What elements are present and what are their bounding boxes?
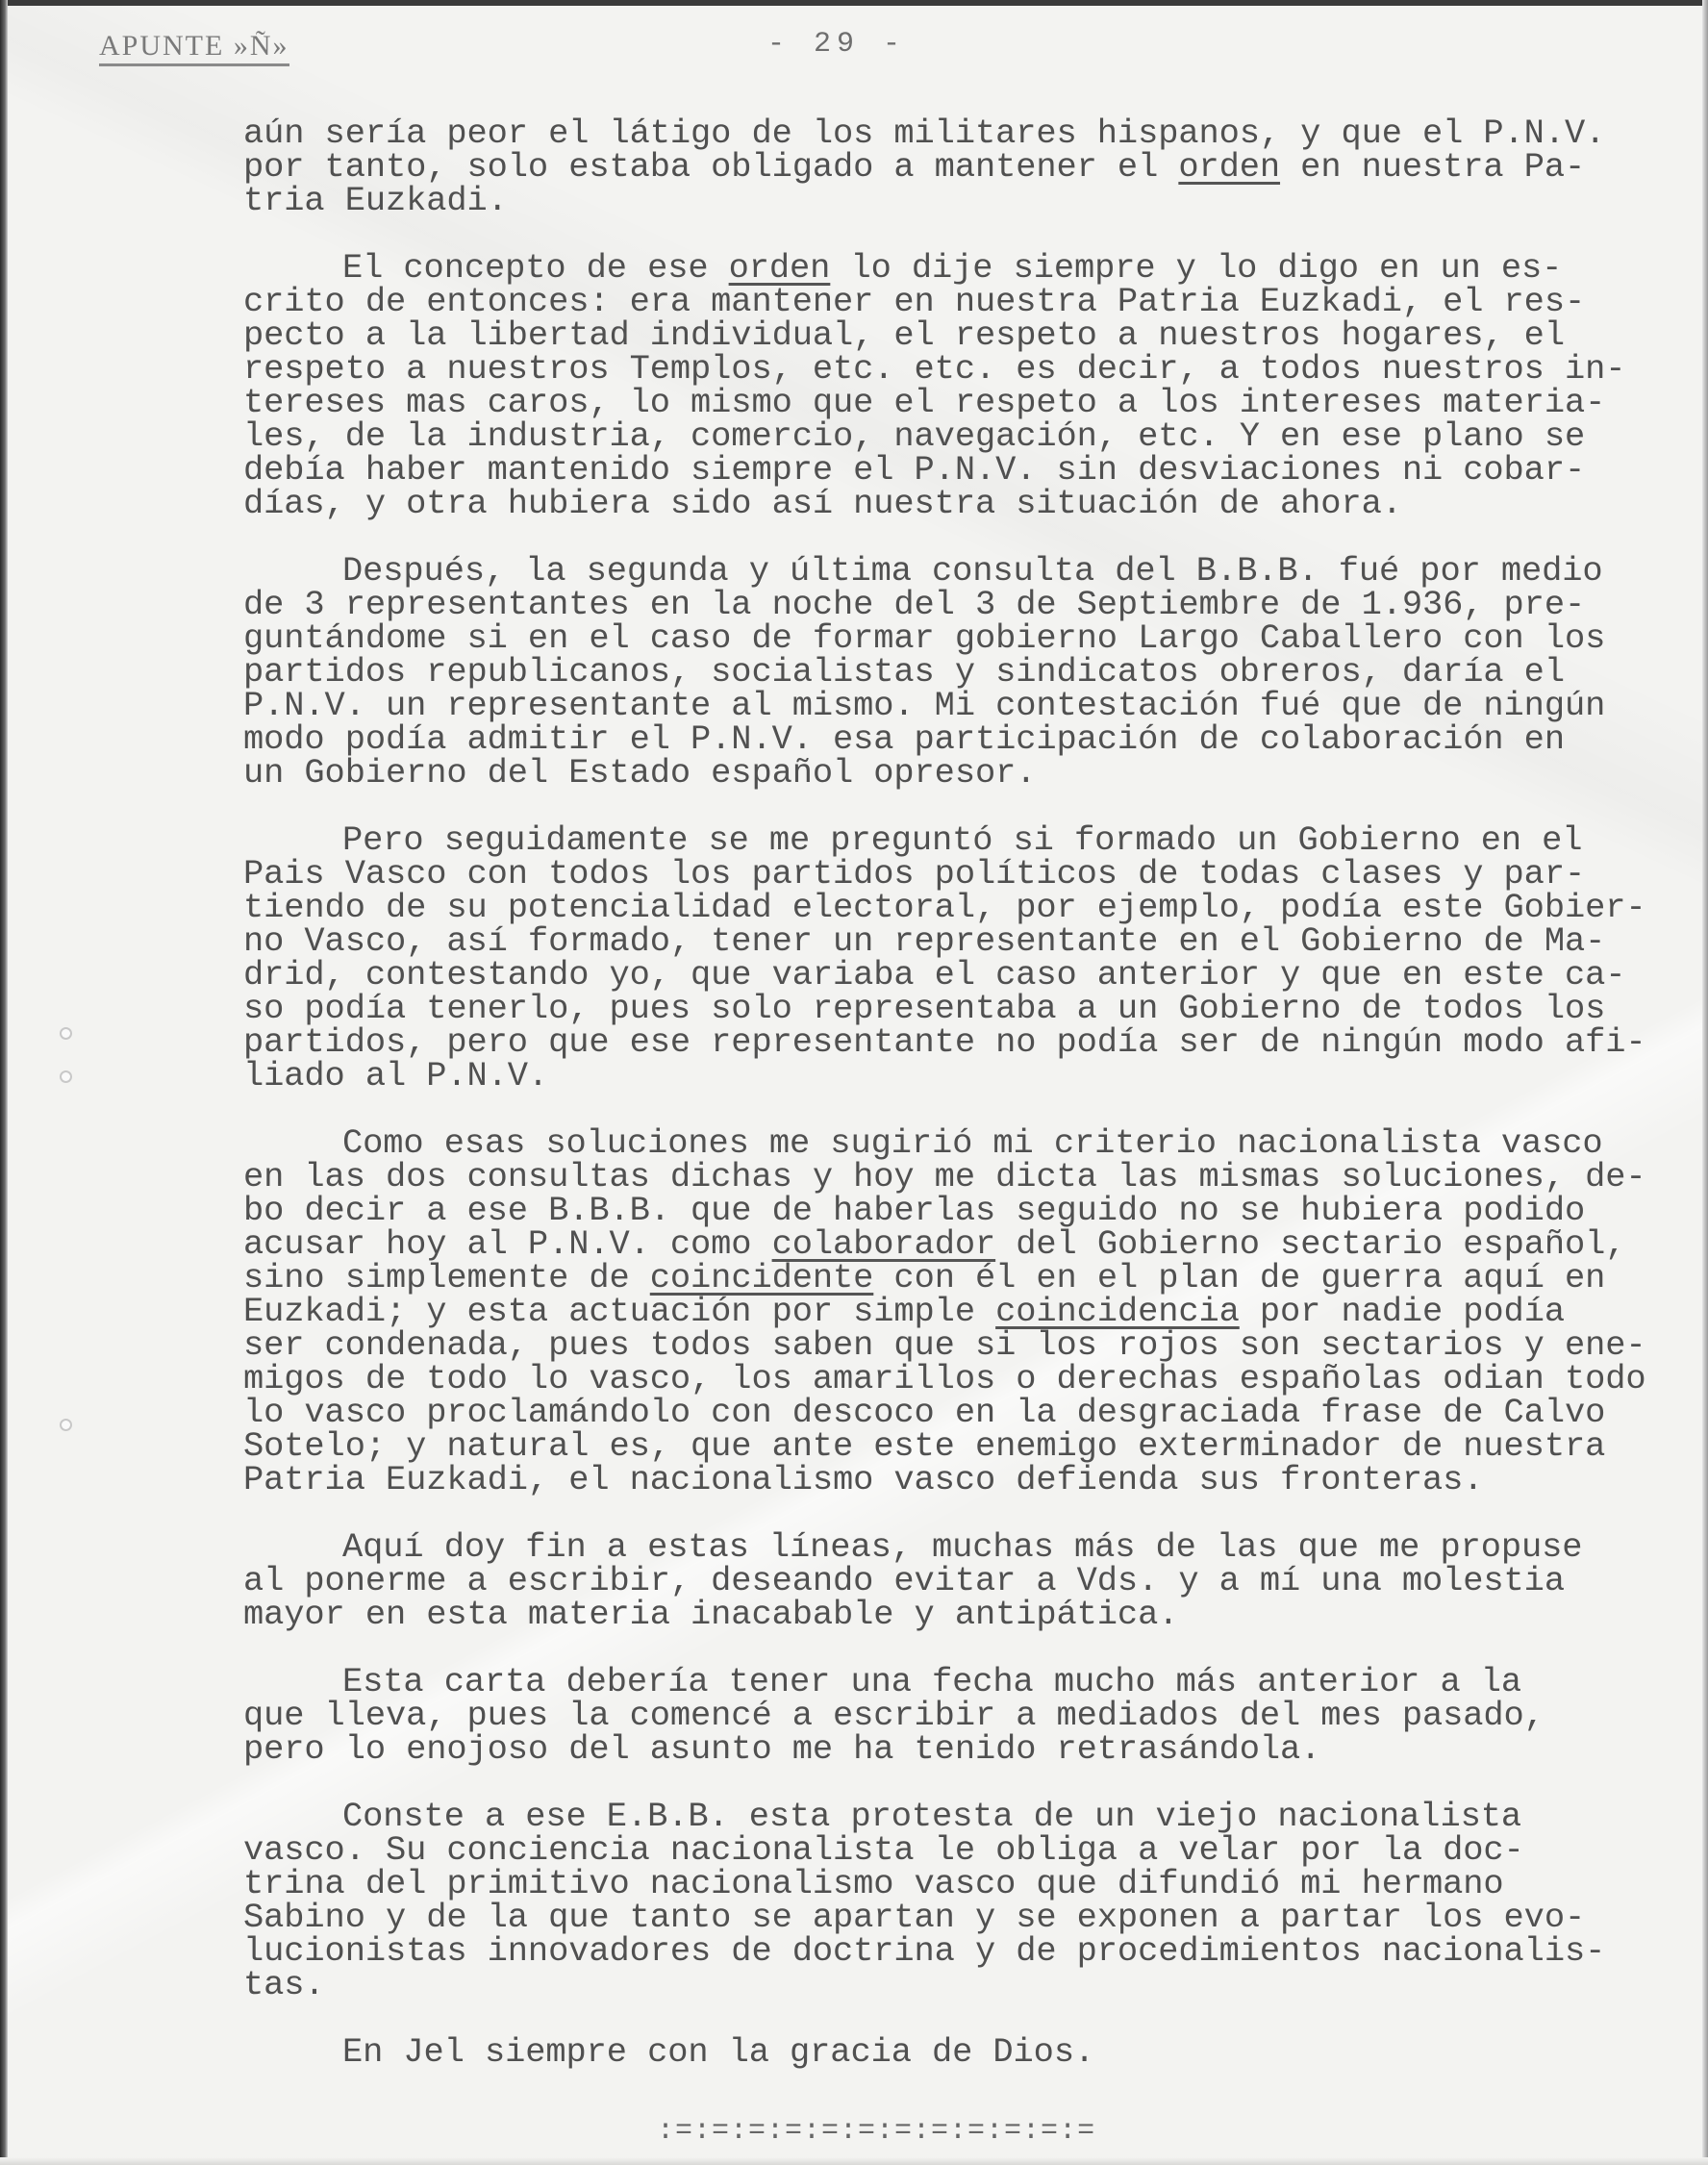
- underlined-word: orden: [729, 249, 831, 288]
- text-line: les, de la industria, comercio, navegaci…: [243, 420, 1667, 454]
- text-line: migos de todo lo vasco, los amarillos o …: [243, 1363, 1667, 1397]
- text-line: que lleva, pues la comencé a escribir a …: [243, 1699, 1667, 1733]
- underlined-word: coincidente: [650, 1259, 874, 1297]
- text-line: Patria Euzkadi, el nacionalismo vasco de…: [243, 1464, 1667, 1498]
- text-line: debía haber mantenido siempre el P.N.V. …: [243, 454, 1667, 488]
- paragraph: Después, la segunda y última consulta de…: [243, 555, 1667, 791]
- text-line: no Vasco, así formado, tener un represen…: [243, 925, 1667, 959]
- page-bottom-edge: [0, 2157, 1708, 2165]
- text-line: liado al P.N.V.: [243, 1060, 1667, 1094]
- paragraph: Pero seguidamente se me preguntó si form…: [243, 824, 1667, 1094]
- scan-border-left: [0, 0, 8, 2165]
- paragraph-gap: [243, 791, 1667, 824]
- text-line: so podía tenerlo, pues solo representaba…: [243, 993, 1667, 1026]
- underlined-word: colaborador: [772, 1225, 996, 1264]
- text-line: un Gobierno del Estado español opresor.: [243, 757, 1667, 791]
- text-line: bo decir a ese B.B.B. que de haberlas se…: [243, 1195, 1667, 1228]
- text-line: ser condenada, pues todos saben que si l…: [243, 1329, 1667, 1363]
- paragraph: Esta carta debería tener una fecha mucho…: [243, 1666, 1667, 1767]
- text-line: vasco. Su conciencia nacionalista le obl…: [243, 1834, 1667, 1868]
- text-line: sino simplemente de coincidente con él e…: [243, 1262, 1667, 1296]
- text-line: En Jel siempre con la gracia de Dios.: [243, 2036, 1667, 2070]
- text-line: Esta carta debería tener una fecha mucho…: [243, 1666, 1667, 1699]
- text-line: modo podía admitir el P.N.V. esa partici…: [243, 723, 1667, 757]
- paragraph: Como esas soluciones me sugirió mi crite…: [243, 1127, 1667, 1498]
- text-line: tria Euzkadi.: [243, 185, 1667, 218]
- text-line: mayor en esta materia inacabable y antip…: [243, 1599, 1667, 1632]
- paragraph-gap: [243, 1767, 1667, 1800]
- text-line: días, y otra hubiera sido así nuestra si…: [243, 488, 1667, 521]
- text-line: Pero seguidamente se me preguntó si form…: [243, 824, 1667, 858]
- text-line: lo vasco proclamándolo con descoco en la…: [243, 1397, 1667, 1430]
- paragraph-gap: [243, 218, 1667, 252]
- paragraph: El concepto de ese orden lo dije siempre…: [243, 252, 1667, 521]
- text-line: Sotelo; y natural es, que ante este enem…: [243, 1430, 1667, 1464]
- text-line: pecto a la libertad individual, el respe…: [243, 319, 1667, 353]
- punch-hole-mark: [60, 1419, 72, 1431]
- text-line: guntándome si en el caso de formar gobie…: [243, 622, 1667, 656]
- text-line: Pais Vasco con todos los partidos políti…: [243, 858, 1667, 892]
- text-line: Aquí doy fin a estas líneas, muchas más …: [243, 1531, 1667, 1565]
- text-line: de 3 representantes en la noche del 3 de…: [243, 589, 1667, 622]
- text-line: Después, la segunda y última consulta de…: [243, 555, 1667, 589]
- paragraph-gap: [243, 2002, 1667, 2036]
- paragraph-gap: [243, 521, 1667, 555]
- paragraph: Aquí doy fin a estas líneas, muchas más …: [243, 1531, 1667, 1632]
- text-line: Como esas soluciones me sugirió mi crite…: [243, 1127, 1667, 1161]
- paragraph: aún sería peor el látigo de los militare…: [243, 117, 1667, 218]
- text-line: en las dos consultas dichas y hoy me dic…: [243, 1161, 1667, 1195]
- paragraph-gap: [243, 1094, 1667, 1127]
- letter-body: aún sería peor el látigo de los militare…: [243, 117, 1667, 2070]
- text-line: acusar hoy al P.N.V. como colaborador de…: [243, 1228, 1667, 1262]
- punch-hole-mark: [60, 1027, 72, 1040]
- text-line: lucionistas innovadores de doctrina y de…: [243, 1935, 1667, 1969]
- text-line: aún sería peor el látigo de los militare…: [243, 117, 1667, 151]
- scan-border-right: [1702, 0, 1708, 2165]
- document-header-title: APUNTE »Ñ»: [99, 31, 289, 66]
- text-line: tas.: [243, 1969, 1667, 2002]
- end-separator: :=:=:=:=:=:=:=:=:=:=:=:=: [657, 2116, 1095, 2147]
- text-line: Sabino y de la que tanto se apartan y se…: [243, 1901, 1667, 1935]
- paragraph-gap: [243, 1498, 1667, 1531]
- page-number: - 29 -: [767, 29, 906, 60]
- text-line: drid, contestando yo, que variaba el cas…: [243, 959, 1667, 993]
- paragraph: En Jel siempre con la gracia de Dios.: [243, 2036, 1667, 2070]
- text-line: respeto a nuestros Templos, etc. etc. es…: [243, 353, 1667, 387]
- text-line: tiendo de su potencialidad electoral, po…: [243, 892, 1667, 925]
- text-line: Conste a ese E.B.B. esta protesta de un …: [243, 1800, 1667, 1834]
- text-line: por tanto, solo estaba obligado a manten…: [243, 151, 1667, 185]
- text-line: P.N.V. un representante al mismo. Mi con…: [243, 690, 1667, 723]
- text-line: crito de entonces: era mantener en nuest…: [243, 286, 1667, 319]
- text-line: al ponerme a escribir, deseando evitar a…: [243, 1565, 1667, 1599]
- text-line: Euzkadi; y esta actuación por simple coi…: [243, 1296, 1667, 1329]
- paragraph: Conste a ese E.B.B. esta protesta de un …: [243, 1800, 1667, 2002]
- underlined-word: coincidencia: [995, 1293, 1240, 1331]
- paragraph-gap: [243, 1632, 1667, 1666]
- text-line: tereses mas caros, lo mismo que el respe…: [243, 387, 1667, 420]
- text-line: El concepto de ese orden lo dije siempre…: [243, 252, 1667, 286]
- text-line: pero lo enojoso del asunto me ha tenido …: [243, 1733, 1667, 1767]
- punch-hole-mark: [60, 1070, 72, 1083]
- text-line: trina del primitivo nacionalismo vasco q…: [243, 1868, 1667, 1901]
- text-line: partidos, pero que ese representante no …: [243, 1026, 1667, 1060]
- underlined-word: orden: [1178, 148, 1280, 187]
- text-line: partidos republicanos, socialistas y sin…: [243, 656, 1667, 690]
